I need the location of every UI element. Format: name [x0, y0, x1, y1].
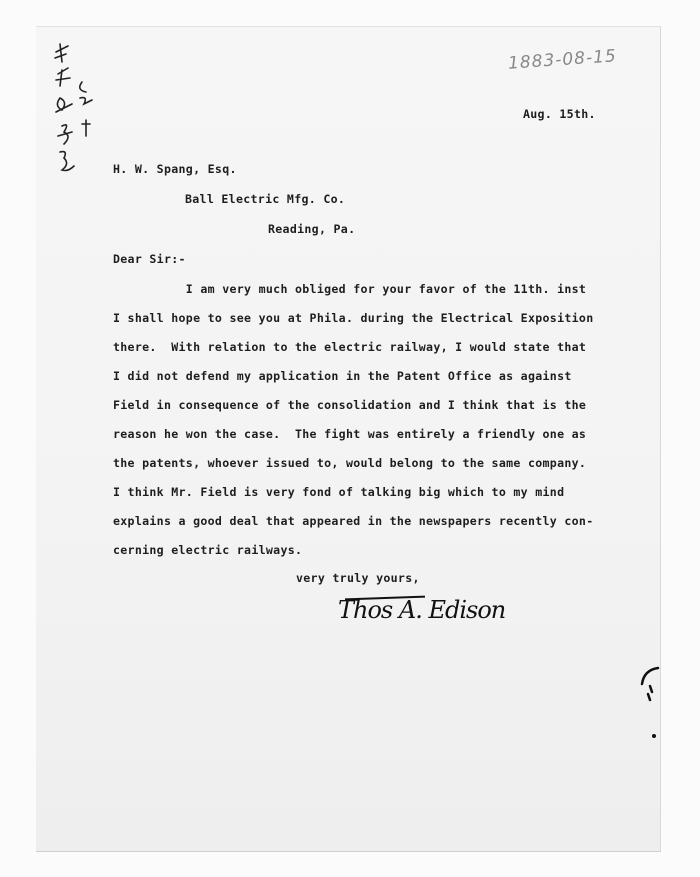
body-line: reason he won the case. The fight was en…	[113, 427, 586, 441]
recipient-city: Reading, Pa.	[268, 222, 355, 236]
body-line: there. With relation to the electric rai…	[113, 340, 586, 354]
body-line: the patents, whoever issued to, would be…	[113, 456, 586, 470]
salutation: Dear Sir:-	[113, 252, 186, 266]
body-line: I did not defend my application in the P…	[113, 369, 572, 383]
recipient-name: H. W. Spang, Esq.	[113, 162, 237, 176]
body-line: I shall hope to see you at Phila. during…	[113, 311, 593, 325]
margin-handwritten-notes	[52, 40, 102, 190]
body-line: I think Mr. Field is very fond of talkin…	[113, 485, 564, 499]
body-line: explains a good deal that appeared in th…	[113, 514, 593, 528]
letter-date: Aug. 15th.	[523, 107, 596, 121]
body-line: Field in consequence of the consolidatio…	[113, 398, 586, 412]
body-line: I am very much obliged for your favor of…	[113, 282, 586, 296]
margin-mark	[638, 660, 668, 750]
recipient-company: Ball Electric Mfg. Co.	[185, 192, 345, 206]
body-line: cerning electric railways.	[113, 543, 302, 557]
signature: Thos A. Edison	[338, 596, 505, 624]
closing: very truly yours,	[296, 571, 420, 585]
